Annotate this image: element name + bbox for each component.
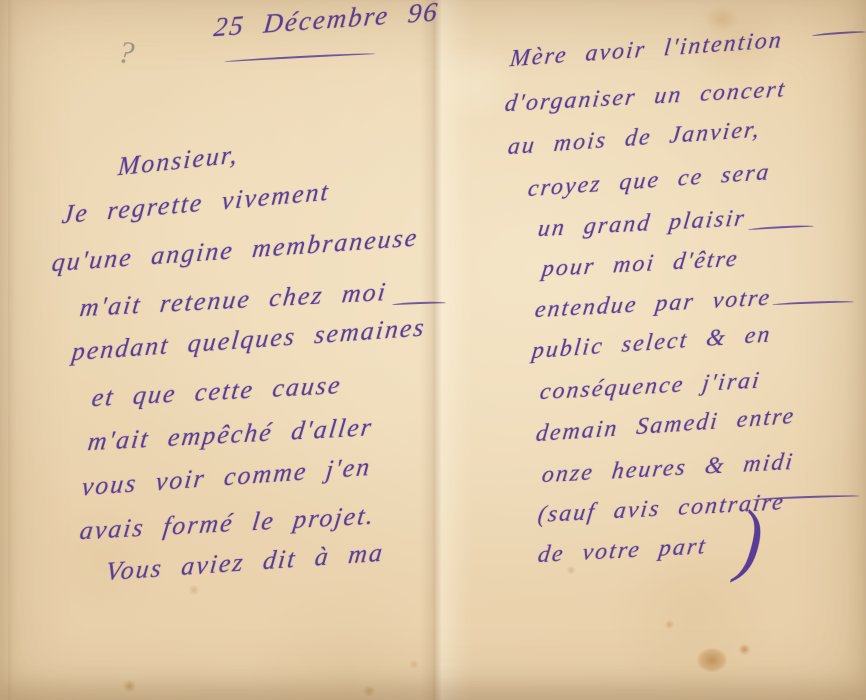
handwriting-line: onze heures & midi (540, 449, 795, 489)
handwriting-line: avais formé le projet. (78, 500, 377, 546)
handwriting-line: croyez que ce sera (527, 159, 772, 203)
foxing-stain (664, 620, 675, 629)
foxing-stain (188, 585, 200, 595)
handwriting-line: m'ait empêché d'aller (86, 412, 375, 457)
foxing-stain (738, 644, 751, 655)
handwriting-line: entendue par votre (533, 285, 772, 325)
foxing-stain (697, 648, 727, 672)
handwriting-line: conséquence j'irai (538, 367, 762, 406)
letter-scan: 25 Décembre 96 ? Monsieur, Je regrette v… (0, 0, 866, 700)
foxing-stain (408, 660, 420, 669)
handwriting-line: demain Samedi entre (535, 403, 797, 448)
handwriting-line: un grand plaisir (536, 205, 747, 243)
handwriting-line: m'ait retenue chez moi (78, 277, 389, 323)
handwriting-line: vous voir comme j'en (80, 452, 372, 503)
ink-flourish (772, 300, 854, 305)
handwriting-line: de votre part (536, 533, 708, 569)
handwriting-line: pour moi d'être (540, 246, 740, 284)
date-underline-flourish (224, 52, 376, 62)
ink-flourish (812, 30, 866, 36)
handwriting-line: qu'une angine membraneuse (50, 222, 420, 278)
handwriting-line: public select & en (531, 321, 773, 365)
pencil-mark: ? (116, 33, 137, 72)
handwriting-line: Monsieur, (117, 139, 240, 182)
handwriting-line: et que cette cause (90, 370, 343, 413)
handwriting-line: au mois de Janvier, (507, 116, 763, 161)
foxing-stain (705, 6, 739, 32)
date-line: 25 Décembre 96 (212, 0, 440, 43)
ink-flourish (748, 225, 814, 230)
ink-flourish (392, 301, 446, 305)
handwriting-line: d'organiser un concert (503, 76, 788, 118)
fold-crease (420, 0, 472, 700)
left-edge-crease (8, 0, 14, 700)
handwriting-line: Je regrette vivement (61, 176, 331, 230)
handwriting-line: Mère avoir l'intention (509, 27, 785, 73)
foxing-stain (122, 680, 137, 692)
handwriting-line: Vous aviez dit à ma (104, 537, 385, 587)
foxing-stain (362, 686, 376, 696)
